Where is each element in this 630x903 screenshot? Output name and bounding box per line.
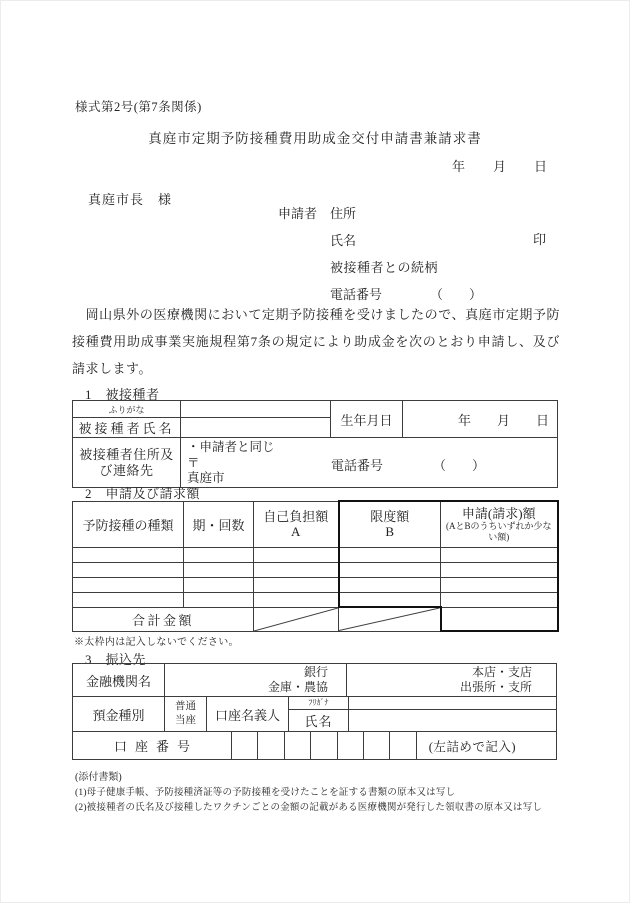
account-holder-label: 口座名義人: [206, 697, 288, 731]
toza-option: 当座: [165, 714, 206, 728]
applicant-relation-label: 被接種者との続柄: [330, 257, 438, 276]
holder-name-label: 氏名: [289, 710, 349, 731]
institution-type-cell: 銀行 金庫・農協: [164, 664, 346, 696]
account-digit-box: [389, 732, 415, 759]
postal-mark: 〒: [187, 456, 275, 472]
recipient-name-input-cell: [181, 418, 331, 438]
diagonal-line: [254, 608, 338, 631]
institution-label: 金融機関名: [73, 664, 164, 696]
furigana-input-cell: [181, 401, 331, 418]
holder-furigana-input-cell: [349, 697, 556, 709]
account-number-note: (左詰めで記入): [416, 732, 556, 759]
claim-amount-table: 予防接種の種類 期・回数 自己負担額 A 限度額 B 申請(請求)額 (AとBの…: [72, 500, 559, 632]
body-paragraph: 岡山県外の医療機関において定期予防接種を受けましたので、真庭市定期予防接種費用助…: [72, 301, 560, 382]
holder-furigana-label: ﾌﾘｶﾞﾅ: [289, 697, 349, 709]
recipient-address-label: 被接種者住所及 び連絡先: [73, 438, 181, 488]
birth-month-label: 月: [497, 410, 510, 429]
account-number-label: 口座番号: [73, 732, 231, 759]
date-month-label: 月: [493, 156, 506, 175]
futsu-option: 普通: [165, 700, 206, 714]
claim-row: [73, 562, 558, 577]
holder-name-input-cell: [349, 710, 556, 731]
col-self-payment: 自己負担額 A: [254, 501, 339, 547]
city-prefill: 真庭市: [187, 471, 275, 487]
deposit-type-label: 預金種別: [73, 697, 164, 731]
attachment-item: (2)被接種者の氏名及び接種したワクチンごとの金額の記載がある医療機関が発行した…: [75, 799, 542, 813]
honten-shiten-option: 本店・支店: [347, 665, 532, 680]
total-amount-label: 合計金額: [73, 607, 254, 631]
account-digit-box: [231, 732, 257, 759]
page-title: 真庭市定期予防接種費用助成金交付申請書兼請求書: [0, 127, 630, 147]
form-page: 様式第2号(第7条関係) 真庭市定期予防接種費用助成金交付申請書兼請求書 年 月…: [0, 0, 630, 903]
claim-row: [73, 592, 558, 607]
birthdate-value-cell: 年 月 日: [403, 401, 558, 438]
col-dose-count: 期・回数: [184, 501, 254, 547]
seal-mark: 印: [533, 229, 546, 248]
recipient-name-label: 被接種者氏名: [73, 418, 181, 438]
recipient-phone-label: 電話番号: [331, 455, 383, 474]
shucchojo-shisho-option: 出張所・支所: [347, 680, 532, 695]
account-digit-box: [284, 732, 310, 759]
diagonal-line: [339, 608, 440, 631]
form-number: 様式第2号(第7条関係): [75, 97, 202, 115]
account-digit-box: [337, 732, 363, 759]
applicant-name-label: 氏名: [330, 230, 356, 249]
bank-option: 銀行: [165, 665, 328, 680]
col-limit-amount: 限度額 B: [339, 501, 441, 547]
date-year-label: 年: [452, 156, 465, 175]
account-digit-box: [310, 732, 336, 759]
deposit-type-options: 普通 当座: [164, 697, 206, 731]
applicant-label: 申請者: [278, 203, 317, 222]
birthdate-label: 生年月日: [331, 401, 403, 438]
birth-year-label: 年: [458, 410, 471, 429]
recipient-phone-paren: （ ）: [433, 455, 485, 474]
account-digit-box: [257, 732, 283, 759]
date-day-label: 日: [534, 156, 547, 175]
kinko-nokyo-option: 金庫・農協: [165, 680, 328, 695]
col-vaccine-type: 予防接種の種類: [73, 501, 184, 547]
strikethrough-cell-self: [254, 607, 339, 631]
recipient-table: ふりがな 生年月日 年 月 日 被接種者氏名 被接種者住所及 び連絡先: [72, 400, 558, 488]
addressee: 真庭市長 様: [88, 189, 172, 208]
attachments-heading: (添付書類): [75, 768, 122, 783]
date-line: 年 月 日: [452, 156, 547, 175]
total-claim-cell: [441, 607, 558, 631]
col-claim-amount: 申請(請求)額 (AとBのうちいずれか少ない額): [441, 501, 558, 547]
account-holder-name-cell: ﾌﾘｶﾞﾅ 氏名: [288, 697, 556, 731]
claim-row: [73, 577, 558, 592]
recipient-address-cell: ・申請者と同じ 〒 真庭市 電話番号 （ ）: [181, 438, 558, 488]
address-same-option: ・申請者と同じ: [187, 440, 275, 456]
account-digit-box: [363, 732, 389, 759]
branch-type-cell: 本店・支店 出張所・支所: [346, 664, 556, 696]
claim-row: [73, 547, 558, 562]
attachment-item: (1)母子健康手帳、予防接種済証等の予防接種を受けたことを証する書類の原本又は写…: [75, 784, 455, 798]
bank-transfer-table: 金融機関名 銀行 金庫・農協 本店・支店 出張所・支所 預金種別 普通 当座 口…: [72, 663, 557, 760]
birth-day-label: 日: [536, 410, 549, 429]
applicant-address-label: 住所: [330, 203, 356, 222]
furigana-label: ふりがな: [73, 401, 181, 418]
address-options: ・申請者と同じ 〒 真庭市: [187, 440, 275, 487]
strikethrough-cell-limit: [339, 607, 441, 631]
thick-frame-note: ※太枠内は記入しないでください。: [74, 633, 239, 648]
